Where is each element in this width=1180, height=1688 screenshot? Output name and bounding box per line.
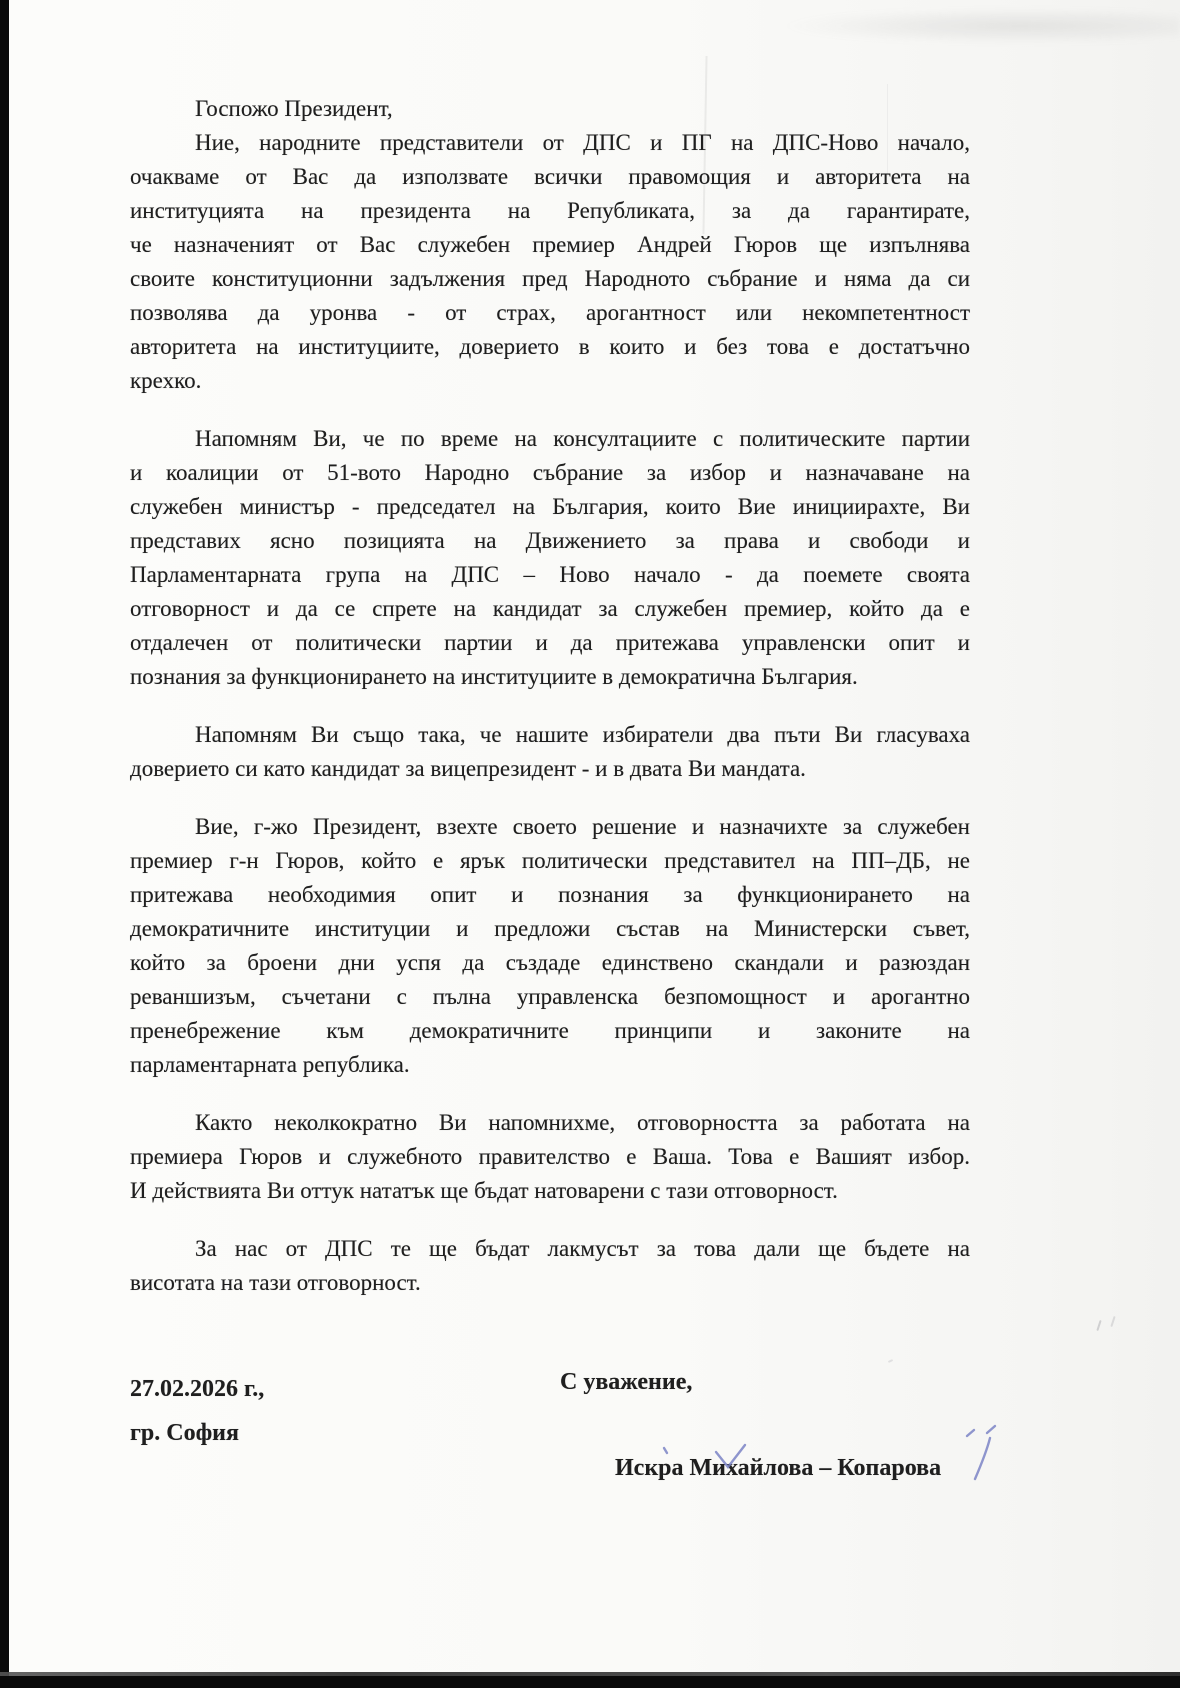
- letter-body: Госпожо Президент,Ние, народните предста…: [130, 92, 970, 1300]
- scan-speck: [1096, 1320, 1101, 1331]
- text-line: позволява да уронва - от страх, арогантн…: [130, 296, 970, 330]
- text-line: Вие, г-жо Президент, взехте своето решен…: [130, 810, 970, 844]
- text-line: висотата на тази отговорност.: [130, 1266, 970, 1300]
- closing-salutation: С уважение,: [560, 1369, 692, 1396]
- text-line: че назначеният от Вас служебен премиер А…: [130, 228, 970, 262]
- pen-check-stroke: [716, 1445, 745, 1467]
- text-line: доверието си като кандидат за вицепрезид…: [130, 752, 970, 786]
- pen-tick: [967, 1430, 974, 1436]
- body-paragraph: Както неколкократно Ви напомнихме, отгов…: [130, 1106, 970, 1208]
- text-line: отдалечен от политически партии и да при…: [130, 626, 970, 660]
- text-line: Госпожо Президент,: [130, 92, 970, 126]
- text-line: премиера Гюров и служебното правителство…: [130, 1140, 970, 1174]
- text-line: служебен министър - председател на Бълга…: [130, 490, 970, 524]
- text-line: Както неколкократно Ви напомнихме, отгов…: [130, 1106, 970, 1140]
- scan-speck: [888, 1359, 893, 1363]
- text-line: демократичните институции и предложи със…: [130, 912, 970, 946]
- body-paragraph: Напомням Ви, че по време на консултациит…: [130, 422, 970, 694]
- text-line: И действията Ви оттук нататък ще бъдат н…: [130, 1174, 970, 1208]
- text-line: Напомням Ви, че по време на консултациит…: [130, 422, 970, 456]
- text-line: реваншизъм, съчетани с пълна управленска…: [130, 980, 970, 1014]
- pen-signature-marks: [600, 1410, 1040, 1500]
- date-block: 27.02.2026 г., гр. София: [130, 1367, 264, 1455]
- scan-edge-left: [0, 0, 9, 1688]
- text-line: пренебрежение към демократичните принцип…: [130, 1014, 970, 1048]
- letter-date: 27.02.2026 г.,: [130, 1367, 264, 1411]
- text-line: представих ясно позицията на Движението …: [130, 524, 970, 558]
- body-paragraph: Госпожо Президент,: [130, 92, 970, 126]
- text-line: притежава необходимия опит и познания за…: [130, 878, 970, 912]
- text-line: очакваме от Вас да използвате всички пра…: [130, 160, 970, 194]
- body-paragraph: Вие, г-жо Президент, взехте своето решен…: [130, 810, 970, 1082]
- scan-edge-bottom: [0, 1676, 1180, 1688]
- body-paragraph: Ние, народните представители от ДПС и ПГ…: [130, 126, 970, 398]
- text-line: който за броени дни успя да създаде един…: [130, 946, 970, 980]
- text-line: Напомням Ви също така, че нашите избират…: [130, 718, 970, 752]
- scan-speck: [1110, 1316, 1115, 1327]
- body-paragraph: За нас от ДПС те ще бъдат лакмусът за то…: [130, 1232, 970, 1300]
- text-line: премиер г-н Гюров, който е ярък политиче…: [130, 844, 970, 878]
- text-line: крехко.: [130, 364, 970, 398]
- text-line: За нас от ДПС те ще бъдат лакмусът за то…: [130, 1232, 970, 1266]
- body-paragraph: Напомням Ви също така, че нашите избират…: [130, 718, 970, 786]
- text-line: парламентарната република.: [130, 1048, 970, 1082]
- pen-slash-stroke: [975, 1438, 990, 1479]
- text-line: Ние, народните представители от ДПС и ПГ…: [130, 126, 970, 160]
- text-line: отговорност и да се спрете на кандидат з…: [130, 592, 970, 626]
- text-line: Парламентарната група на ДПС – Ново нача…: [130, 558, 970, 592]
- text-line: и коалиции от 51-вото Народно събрание з…: [130, 456, 970, 490]
- pen-tick: [664, 1448, 667, 1453]
- text-line: авторитета на институциите, доверието в …: [130, 330, 970, 364]
- pen-tick: [987, 1426, 995, 1433]
- text-line: своите конституционни задължения пред На…: [130, 262, 970, 296]
- scan-smudge: [780, 8, 1180, 44]
- text-line: институцията на президента на Републикат…: [130, 194, 970, 228]
- scanned-letter-page: Госпожо Президент,Ние, народните предста…: [0, 0, 1180, 1688]
- text-line: познания за функционирането на институци…: [130, 660, 970, 694]
- letter-city: гр. София: [130, 1411, 264, 1455]
